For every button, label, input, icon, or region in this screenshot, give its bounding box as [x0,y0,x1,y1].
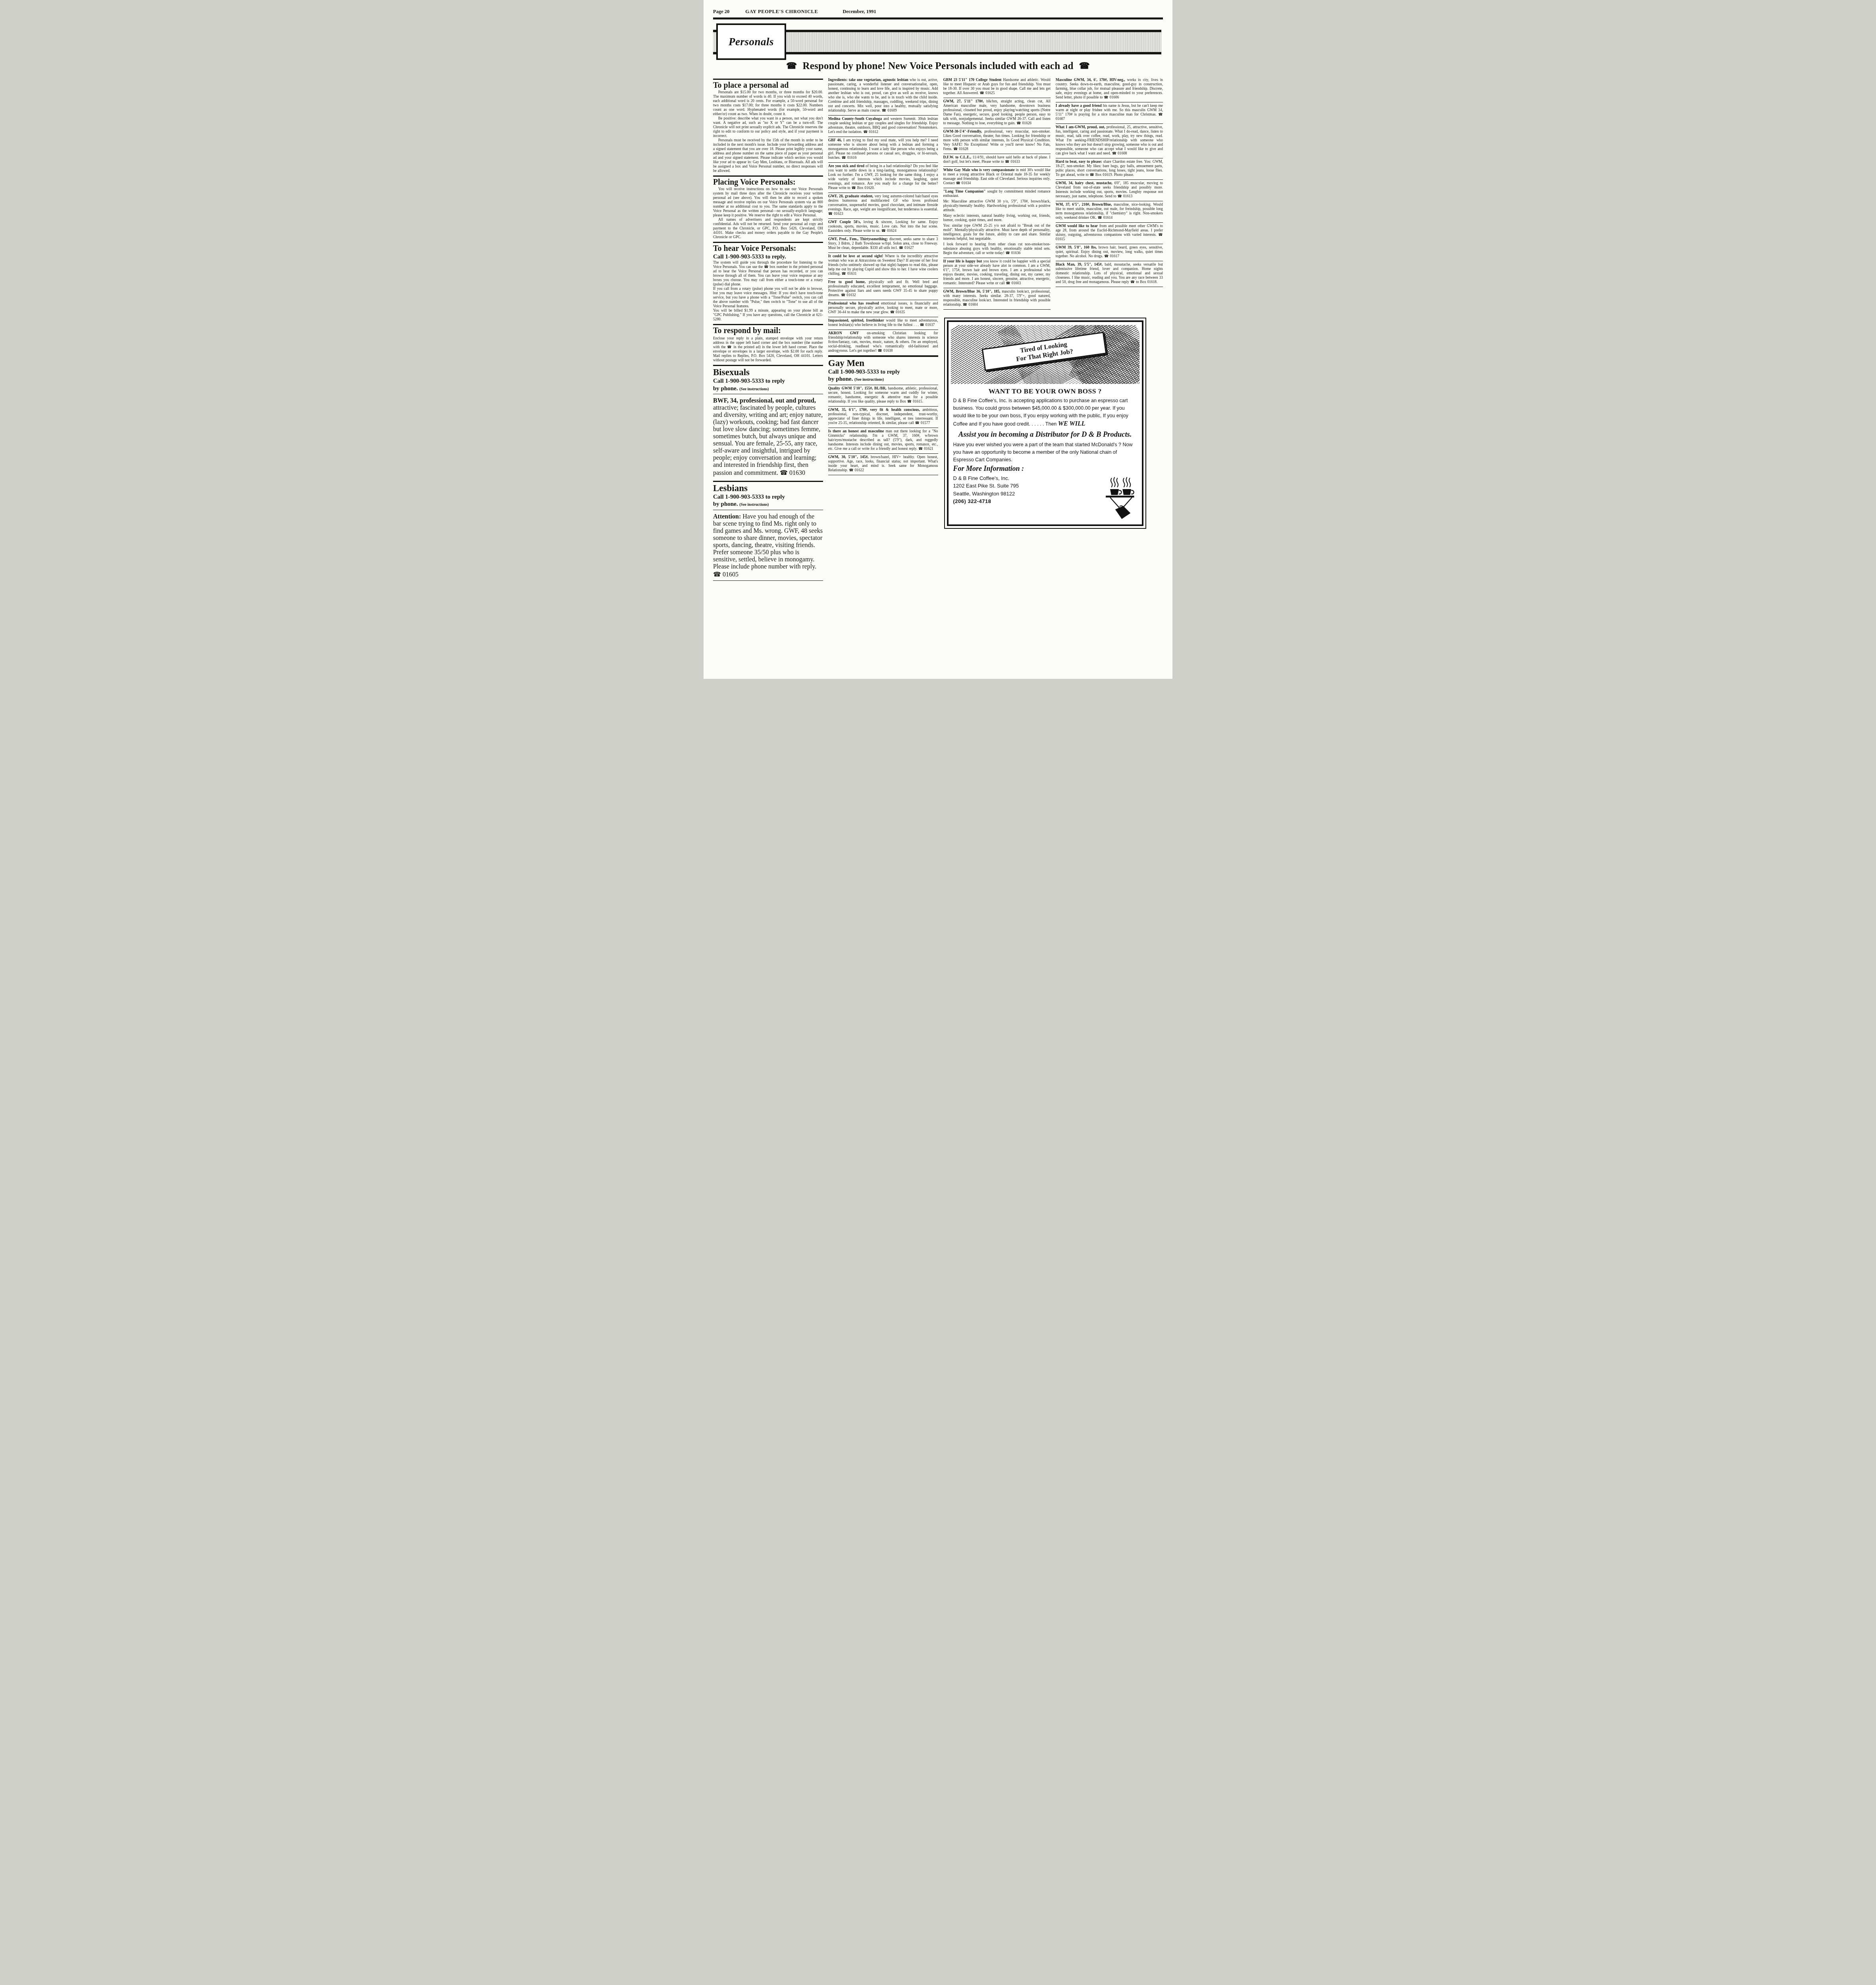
newspaper-collage-art: Tired of Looking For That Right Job? [951,325,1140,384]
personals-banner: Personals [713,30,1161,54]
section-title-lesbians: Lesbians [713,484,823,493]
personal-ad: Black Man, 39, 5'5", 145#, bald, moustac… [1056,261,1163,287]
column-gay-ads-b: Masculine GWM, 34, 6', 170#, HIV-neg., w… [1056,77,1163,310]
instruction-paragraph: All names of advertisers and respondents… [713,218,823,240]
section-rule [713,242,823,243]
personal-ad: D.F.W. to C.L.E., 11/4/91, should have s… [943,154,1051,167]
gay-men-ads-list: Quality GWM 5'10", 155#, BL/BR, handsome… [828,385,938,475]
personal-ad: White Gay Male who is very compassionate… [943,167,1051,188]
gay-men-ads-list: GBM 23 5'11" 170 College Student Handsom… [943,77,1051,310]
dnb-assist-text: Assist you in becoming a Distributor for… [953,430,1138,439]
masthead-rule [713,17,1163,19]
dnb-phone-number: (206) 322-4718 [953,497,1101,505]
personal-ad: GWM 39, 5'8", 160 lbs, brown hair, beard… [1056,244,1163,261]
section-rule [713,79,823,80]
voice-personals-headline: ☎Respond by phone! New Voice Personals i… [708,61,1168,72]
phone-icon: ☎ [781,61,803,71]
dnb-body-text: Have you ever wished you were a part of … [953,441,1138,463]
page-number: Page 20 [713,9,729,15]
section-rule [713,365,823,366]
personal-ad: Medina County-South Cuyahoga and western… [828,116,938,137]
personal-ad: Quality GWM 5'10", 155#, BL/BR, handsome… [828,385,938,407]
personal-ad: What I am-GWM, proud, out, professional,… [1056,124,1163,158]
personal-ad: GWM-30-5'4"-Friendly, professional, very… [943,128,1051,154]
issue-date: December, 1991 [843,9,876,15]
personal-ad: Free to good home, physically soft and f… [828,279,938,300]
personal-ad: GWM, 27, 5'11" 170#, blk/brn, straight a… [943,98,1051,128]
personal-ad: GWF, Prof., Fem., Thirtysomething; discr… [828,236,938,253]
call-byphone-line: by phone. (See instructions) [713,501,823,508]
gay-men-ads-list: Masculine GWM, 34, 6', 170#, HIV-neg., w… [1056,77,1163,287]
dnb-body-text: D & B Fine Coffee's, Inc. is accepting a… [953,397,1138,429]
section-title-bisexuals: Bisexuals [713,368,823,377]
personal-ad: WM, 37, 6'5", 210#, Brown/Blue, masculin… [1056,201,1163,223]
masthead: Page 20 GAY PEOPLE'S CHRONICLE December,… [704,0,1172,15]
section-rule [713,481,823,482]
personal-ad: Are you sick and tired of being in a bad… [828,163,938,193]
personal-ad: AKRON GWF on-smoking Christian looking f… [828,330,938,356]
we-will-text: WE WILL [1058,420,1085,427]
instruction-paragraph: Personals must be received by the 15th o… [713,139,823,173]
paper-title: GAY PEOPLE'S CHRONICLE [745,9,818,15]
coffee-cups-tray-icon [1101,476,1137,520]
personal-ad: I already have a good friend his name is… [1056,102,1163,124]
personal-ad: It could be love at second sight! Where … [828,253,938,279]
personal-ad: BWF, 34, professional, out and proud, at… [713,396,823,479]
instruction-paragraph: The system will guide you through the pr… [713,261,823,287]
dnb-contact-block: D & B Fine Coffee's, Inc. 1202 East Pike… [953,474,1138,520]
personal-ad: Professional who has resolved emotional … [828,300,938,317]
right-columns: GBM 23 5'11" 170 College Student Handsom… [943,77,1163,529]
personal-ad: Ingredients: take one vegetarian, agnost… [828,77,938,116]
personal-ad: GWM, 35, 6'1", 170#, very fit & health c… [828,407,938,428]
column-instructions: To place a personal ad Personals are $15… [713,77,823,581]
personal-ad: GWF Couple 50's, loving & sincere, Looki… [828,219,938,236]
column-gay-ads-a: GBM 23 5'11" 170 College Student Handsom… [943,77,1051,310]
section-title-place-ad: To place a personal ad [713,81,823,90]
personal-ad: GWM, Brown/Blue 36, 5'10", 185, masculin… [943,288,1051,310]
instruction-paragraph: If you call from a rotary (pulse) phone … [713,287,823,309]
personal-ad: GWF, 28, graduate student, very long aut… [828,193,938,219]
personals-label: Personals [716,23,786,60]
section-title-respond-mail: To respond by mail: [713,327,823,335]
section-title-gay-men: Gay Men [828,358,938,368]
instruction-paragraph: You will receive instructions on how to … [713,187,823,218]
call-number-line: Call 1-900-903-5333 to reply [713,494,823,501]
dnb-address: 1202 East Pike St. Suite 795 [953,482,1101,490]
personal-ad: GWM, 30, 5'10", 145#, brown/hazel, HIV+ … [828,454,938,475]
ad-rule [713,510,823,510]
personal-ad: Masculine GWM, 34, 6', 170#, HIV-neg., w… [1056,77,1163,102]
personal-ad: Is there an honest and masculine man out… [828,428,938,454]
lesbian-ads-list: Ingredients: take one vegetarian, agnost… [828,77,938,356]
section-title-placing-voice: Placing Voice Personals: [713,178,823,187]
instruction-paragraph: You will be billed $1.99 a minute, appea… [713,309,823,322]
call-byphone-line: by phone. (See instructions) [828,376,938,383]
personal-ad: GWM would like to hear from and possible… [1056,223,1163,244]
section-title-hear-voice: To hear Voice Personals: [713,245,823,253]
call-byphone-line: by phone. (See instructions) [713,385,823,392]
classifieds-content: To place a personal ad Personals are $15… [704,73,1172,581]
call-number-line: Call 1-900-903-5333 to reply [828,369,938,376]
personal-ad: Hard to beat, easy to please: share Char… [1056,158,1163,180]
personal-ad: Impassioned, spirited, freethinker would… [828,317,938,330]
phone-icon: ☎ [1074,61,1096,71]
personal-ad: "Long Time Companion" sought by commitme… [943,188,1051,258]
column-lesbian-ads: Ingredients: take one vegetarian, agnost… [828,77,938,475]
personal-ad: GBF 46, I am trying to find my soul mate… [828,137,938,163]
dnb-address: Seattle, Washington 98122 [953,490,1101,498]
call-number-line: Call 1-900-903-5333 to reply. [713,254,823,260]
personal-ad: GBM 23 5'11" 170 College Student Handsom… [943,77,1051,98]
dnb-more-info-label: For More Information : [953,464,1138,473]
instruction-paragraph: Be positive: describe what you want in a… [713,117,823,139]
section-rule [713,324,823,325]
gay-men-section-header: Gay Men Call 1-900-903-5333 to reply by … [828,356,938,385]
dnb-headline: WANT TO BE YOUR OWN BOSS ? [953,387,1138,395]
newspaper-page: Page 20 GAY PEOPLE'S CHRONICLE December,… [704,0,1172,679]
personal-ad: If your life is happy but you know it co… [943,258,1051,288]
personal-ad: GWM, 34, hairy chest, mustache, 6'0", 18… [1056,180,1163,201]
dnb-coffee-display-ad: Tired of Looking For That Right Job? WAN… [944,318,1147,529]
instruction-paragraph: Personals are $15.00 for two months, or … [713,91,823,117]
dnb-company: D & B Fine Coffee's, Inc. [953,474,1101,482]
ad-rule [713,394,823,394]
personal-ad: Attention: Have you had enough of the ba… [713,512,823,581]
call-number-line: Call 1-900-903-5333 to reply [713,378,823,385]
instruction-paragraph: Enclose your reply in a plain, stamped e… [713,337,823,363]
section-rule [713,175,823,177]
